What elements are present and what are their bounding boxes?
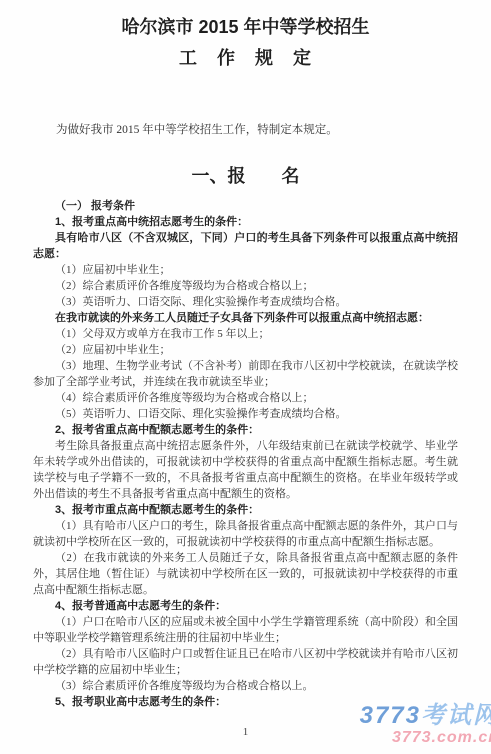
paragraph: 2、报考省重点高中配额志愿考生的条件： — [33, 422, 458, 438]
paragraph: 3、报考市重点高中配额志愿考生的条件： — [33, 502, 458, 518]
document-title-line2: 工 作 规 定 — [33, 45, 458, 71]
paragraph: （2）具有哈市八区临时户口或暂住证且已在哈市八区初中学校就读并有哈市八区初中学校… — [33, 646, 458, 678]
paragraph: （4）综合素质评价各维度等级均为合格或合格以上； — [33, 390, 458, 406]
document-title-line1: 哈尔滨市 2015 年中等学校招生 — [33, 14, 458, 40]
paragraph: （1）具有哈市八区户口的考生，除具备报省重点高中配额志愿的条件外，其户口与就读初… — [33, 518, 458, 550]
paragraph: （2）应届初中毕业生； — [33, 342, 458, 358]
paragraph: （3）综合素质评价各维度等级均为合格或合格以上。 — [33, 678, 458, 694]
paragraph: （2）在我市就读的外来务工人员随迁子女，除具备报省重点高中配额志愿的条件外，其居… — [33, 550, 458, 598]
paragraph: 5、报考职业高中志愿考生的条件： — [33, 694, 458, 710]
paragraph: （3）英语听力、口语交际、理化实验操作考查成绩均合格。 — [33, 294, 458, 310]
paragraph: （3）地理、生物学业考试（不含补考）前即在我市八区初中学校就读，在就读学校参加了… — [33, 358, 458, 390]
paragraph: （1）父母双方或单方在我市工作 5 年以上； — [33, 326, 458, 342]
paragraph: 在我市就读的外来务工人员随迁子女具备下列条件可以报重点高中统招志愿： — [33, 310, 458, 326]
paragraph: （1）户口在哈市八区的应届或未被全国中小学生学籍管理系统（高中阶段）和全国中等职… — [33, 614, 458, 646]
document-body: （一） 报考条件1、报考重点高中统招志愿考生的条件：具有哈市八区（不含双城区，下… — [33, 198, 458, 710]
paragraph: （1）应届初中毕业生； — [33, 262, 458, 278]
section-heading: 一、报 名 — [33, 163, 458, 189]
watermark: 3773考试网 3773.com.cn — [360, 704, 491, 746]
paragraph: 具有哈市八区（不含双城区，下同）户口的考生具备下列条件可以报重点高中统招志愿： — [33, 230, 458, 262]
paragraph: （一） 报考条件 — [33, 198, 458, 214]
paragraph: 考生除具备报重点高中统招志愿条件外，八年级结束前已在就读学校就学、毕业学年未转学… — [33, 438, 458, 502]
paragraph: 1、报考重点高中统招志愿考生的条件： — [33, 214, 458, 230]
intro-paragraph: 为做好我市 2015 年中等学校招生工作，特制定本规定。 — [33, 122, 458, 138]
document-page: 哈尔滨市 2015 年中等学校招生 工 作 规 定 为做好我市 2015 年中等… — [0, 0, 491, 754]
page-number: 1 — [0, 726, 491, 738]
paragraph: 4、报考普通高中志愿考生的条件： — [33, 598, 458, 614]
paragraph: （5）英语听力、口语交际、理化实验操作考查成绩均合格。 — [33, 406, 458, 422]
paragraph: （2）综合素质评价各维度等级均为合格或合格以上； — [33, 278, 458, 294]
